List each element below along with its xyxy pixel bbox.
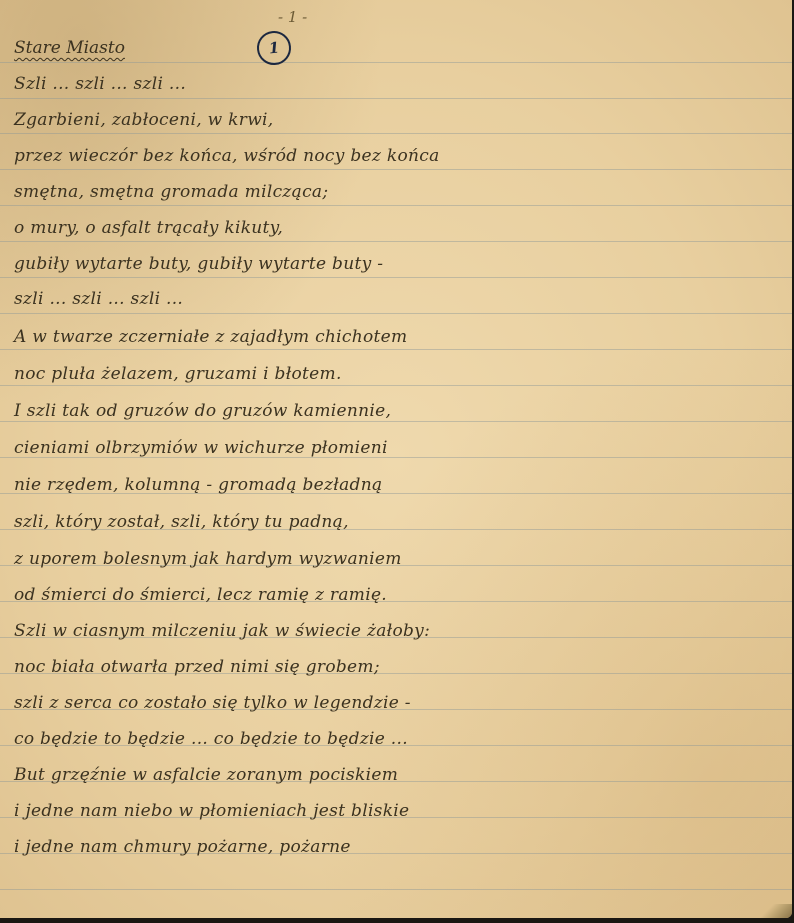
ruled-line: [0, 277, 792, 278]
poem-line: Szli ... szli ... szli ...: [14, 74, 186, 94]
ruled-line: [0, 349, 792, 350]
poem-line: szli z serca co zostało się tylko w lege…: [14, 693, 411, 713]
poem-line: nie rzędem, kolumną - gromadą bezładną: [14, 475, 382, 495]
ruled-line: [0, 421, 792, 422]
ruled-line: [0, 313, 792, 314]
poem-line: smętna, smętna gromada milcząca;: [14, 182, 328, 202]
manuscript-page: - 1 - 1 Stare Miasto Szli ... szli ... s…: [0, 0, 792, 918]
poem-line: noc pluła żelazem, gruzami i błotem.: [14, 364, 342, 384]
ruled-line: [0, 385, 792, 386]
page-corner-curl: [752, 904, 792, 918]
ruled-line: [0, 133, 792, 134]
poem-line: przez wieczór bez końca, wśród nocy bez …: [14, 146, 440, 166]
poem-line: z uporem bolesnym jak hardym wyzwaniem: [14, 549, 402, 569]
poem-line: od śmierci do śmierci, lecz ramię z rami…: [14, 585, 387, 605]
page-number: - 1 -: [278, 8, 307, 26]
poem-line: noc biała otwarła przed nimi się grobem;: [14, 657, 380, 677]
poem-line: i jedne nam niebo w płomieniach jest bli…: [14, 801, 409, 821]
poem-line: I szli tak od gruzów do gruzów kamiennie…: [14, 401, 391, 421]
poem-line: i jedne nam chmury pożarne, pożarne: [14, 837, 351, 857]
poem-line: szli ... szli ... szli ...: [14, 289, 183, 309]
ruled-line: [0, 98, 792, 99]
poem-line: szli, który został, szli, który tu padną…: [14, 512, 349, 532]
ruled-line: [0, 205, 792, 206]
ruled-line: [0, 62, 792, 63]
circled-mark-text: 1: [268, 39, 280, 58]
poem-line: co będzie to będzie ... co będzie to będ…: [14, 729, 408, 749]
poem-line: cieniami olbrzymiów w wichurze płomieni: [14, 438, 388, 458]
poem-line: Zgarbieni, zabłoceni, w krwi,: [14, 110, 274, 130]
poem-line: o mury, o asfalt trącały kikuty,: [14, 218, 283, 238]
poem-line: A w twarze zczerniałe z zajadłym chichot…: [14, 327, 407, 347]
ruled-line: [0, 241, 792, 242]
poem-line: Szli w ciasnym milczeniu jak w świecie ż…: [14, 621, 430, 641]
poem-title: Stare Miasto: [14, 38, 125, 58]
poem-line: But grzęźnie w asfalcie zoranym pociskie…: [14, 765, 398, 785]
poem-line: gubiły wytarte buty, gubiły wytarte buty…: [14, 254, 383, 274]
ruled-line: [0, 169, 792, 170]
ruled-line: [0, 889, 792, 890]
